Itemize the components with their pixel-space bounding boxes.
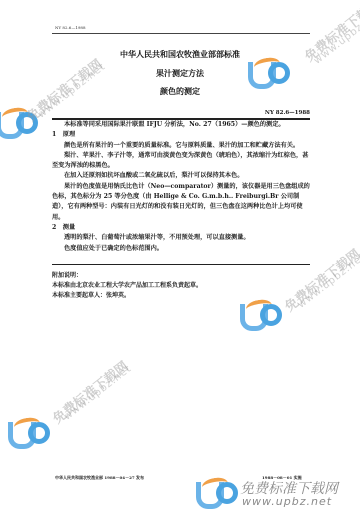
additional-notes: 附加说明： 本标准由北京农业工程大学农产品加工工程系负责起草。 本标准主要起草人… (52, 271, 310, 301)
notes-heading: 附加说明： (52, 271, 310, 281)
section-2-title: 测量 (63, 224, 75, 231)
footer-watermark-url: www.upbz.net (242, 495, 332, 508)
paragraph: 颜色是所有果汁的一个重要的质量标准。它与原料质量、果汁的加工和贮藏方法有关。 (52, 141, 310, 151)
section-1-title: 原理 (63, 131, 75, 138)
paragraph: 透明的梨汁、白葡萄汁或浓缩果汁等，不用预处理，可以直接测量。 (52, 233, 310, 243)
section-1-heading: 1 原理 (52, 130, 310, 140)
section-1-number: 1 (52, 131, 56, 138)
up-logo-icon (196, 478, 232, 508)
up-logo-icon (248, 58, 284, 88)
section-2-heading: 2 测量 (52, 223, 310, 233)
document-body: 本标准等同采用国际果汁联盟 IFJU 分析法，No. 27（1965）—颜色的测… (52, 120, 310, 254)
standard-number: NY 82.6—1988 (265, 110, 310, 116)
paragraph: 色度值应处于已确定的色标范围内。 (52, 244, 310, 254)
paragraph: 在加入还原剂如抗坏血酸或二氧化硫以后，梨汁可以保持其本色。 (52, 171, 310, 181)
notes-rule (52, 264, 310, 265)
header-code: NY 82.6—1988 (55, 25, 86, 30)
notes-line: 本标准由北京农业工程大学农产品加工工程系负责起草。 (52, 281, 310, 291)
paragraph: 梨汁、苹果汁、李子汁等，通常可由淡黄色变为深黄色（琥珀色），其浓缩汁为红棕色，甚… (52, 151, 310, 172)
up-logo-icon (240, 300, 276, 330)
up-logo-icon (8, 418, 44, 448)
footer-watermark: 免费标准下载网 www.upbz.net (196, 478, 360, 510)
paragraph: 果汁的色度值是用钠氏比色计（Neo—comparator）测量的，该仪器是用三色… (52, 182, 310, 223)
issue-date: 中华人民共和国农牧渔业部 1988－04－27 发布 (55, 475, 144, 481)
intro-paragraph: 本标准等同采用国际果汁联盟 IFJU 分析法，No. 27（1965）—颜色的测… (52, 120, 310, 130)
section-2-number: 2 (52, 224, 56, 231)
main-title: 果汁测定方法 (0, 68, 360, 79)
header-rule (52, 33, 310, 34)
document-page: NY 82.6—1988 中华人民共和国农牧渔业部部标准 果汁测定方法 颜色的测… (0, 0, 360, 510)
